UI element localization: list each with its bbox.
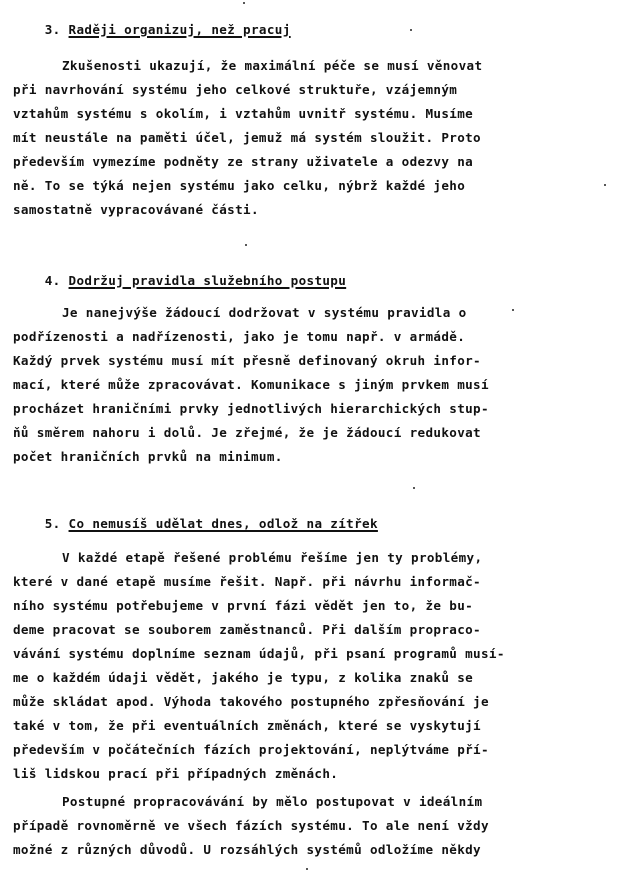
paragraph-line: Každý prvek systému musí mít přesně defi… bbox=[13, 353, 481, 369]
paragraph-line: liš lidskou prací při případných změnách… bbox=[13, 766, 338, 782]
paragraph-line: ně. To se týká nejen systému jako celku,… bbox=[13, 178, 465, 194]
paragraph-line: může skládat apod. Výhoda takového postu… bbox=[13, 694, 489, 710]
paragraph-line: také v tom, že při eventuálních změnách,… bbox=[13, 718, 481, 734]
scan-speck bbox=[410, 29, 412, 31]
typewritten-page: 3. Raději organizuj, než pracuj Zkušenos… bbox=[0, 0, 618, 878]
paragraph-line: při navrhování systému jeho celkové stru… bbox=[13, 82, 457, 98]
scan-speck bbox=[306, 868, 308, 870]
paragraph-line: Zkušenosti ukazují, že maximální péče se… bbox=[62, 58, 482, 74]
paragraph-line: podřízenosti a nadřízenosti, jako je tom… bbox=[13, 329, 465, 345]
section-number: 5. bbox=[45, 516, 61, 531]
scan-speck bbox=[512, 309, 514, 311]
paragraph-line: ního systému potřebujeme v první fázi vě… bbox=[13, 598, 473, 614]
paragraph-line: které v dané etapě musíme řešit. Např. p… bbox=[13, 574, 481, 590]
paragraph-line: procházet hraničními prvky jednotlivých … bbox=[13, 401, 489, 417]
paragraph-line: možné z různých důvodů. U rozsáhlých sys… bbox=[13, 842, 481, 858]
section-number: 3. bbox=[45, 22, 61, 37]
section-number: 4. bbox=[45, 273, 61, 288]
paragraph-line: Postupné propracovávání by mělo postupov… bbox=[62, 794, 482, 810]
scan-speck bbox=[604, 184, 606, 186]
paragraph-line: samostatně vypracovávané části. bbox=[13, 202, 259, 218]
scan-speck bbox=[413, 487, 415, 489]
paragraph-line: mací, které může zpracovávat. Komunikace… bbox=[13, 377, 489, 393]
paragraph-line: Je nanejvýše žádoucí dodržovat v systému… bbox=[62, 305, 467, 321]
paragraph-line: me o každém údaji vědět, jakého je typu,… bbox=[13, 670, 473, 686]
section-heading-4: 4. Dodržuj pravidla služebního postupu bbox=[13, 257, 346, 273]
paragraph-line: především v počátečních fázích projektov… bbox=[13, 742, 489, 758]
paragraph-line: vztahům systému s okolím, i vztahům uvni… bbox=[13, 106, 473, 122]
paragraph-line: především vymezíme podněty ze strany uži… bbox=[13, 154, 473, 170]
paragraph-line: ňů směrem nahoru i dolů. Je zřejmé, že j… bbox=[13, 425, 481, 441]
paragraph-line: V každé etapě řešené problému řešíme jen… bbox=[62, 550, 482, 566]
paragraph-line: mít neustále na paměti účel, jemuž má sy… bbox=[13, 130, 481, 146]
section-title: Dodržuj pravidla služebního postupu bbox=[69, 273, 347, 288]
scan-speck bbox=[245, 244, 247, 246]
scan-speck bbox=[243, 2, 245, 4]
paragraph-line: vávání systému doplníme seznam údajů, př… bbox=[13, 646, 505, 662]
paragraph-line: počet hraničních prvků na minimum. bbox=[13, 449, 283, 465]
section-heading-3: 3. Raději organizuj, než pracuj bbox=[13, 6, 291, 22]
section-title: Raději organizuj, než pracuj bbox=[69, 22, 291, 37]
paragraph-line: případě rovnoměrně ve všech fázích systé… bbox=[13, 818, 489, 834]
paragraph-line: deme pracovat se souborem zaměstnanců. P… bbox=[13, 622, 481, 638]
section-title: Co nemusíš udělat dnes, odlož na zítřek bbox=[69, 516, 378, 531]
section-heading-5: 5. Co nemusíš udělat dnes, odlož na zítř… bbox=[13, 500, 378, 516]
